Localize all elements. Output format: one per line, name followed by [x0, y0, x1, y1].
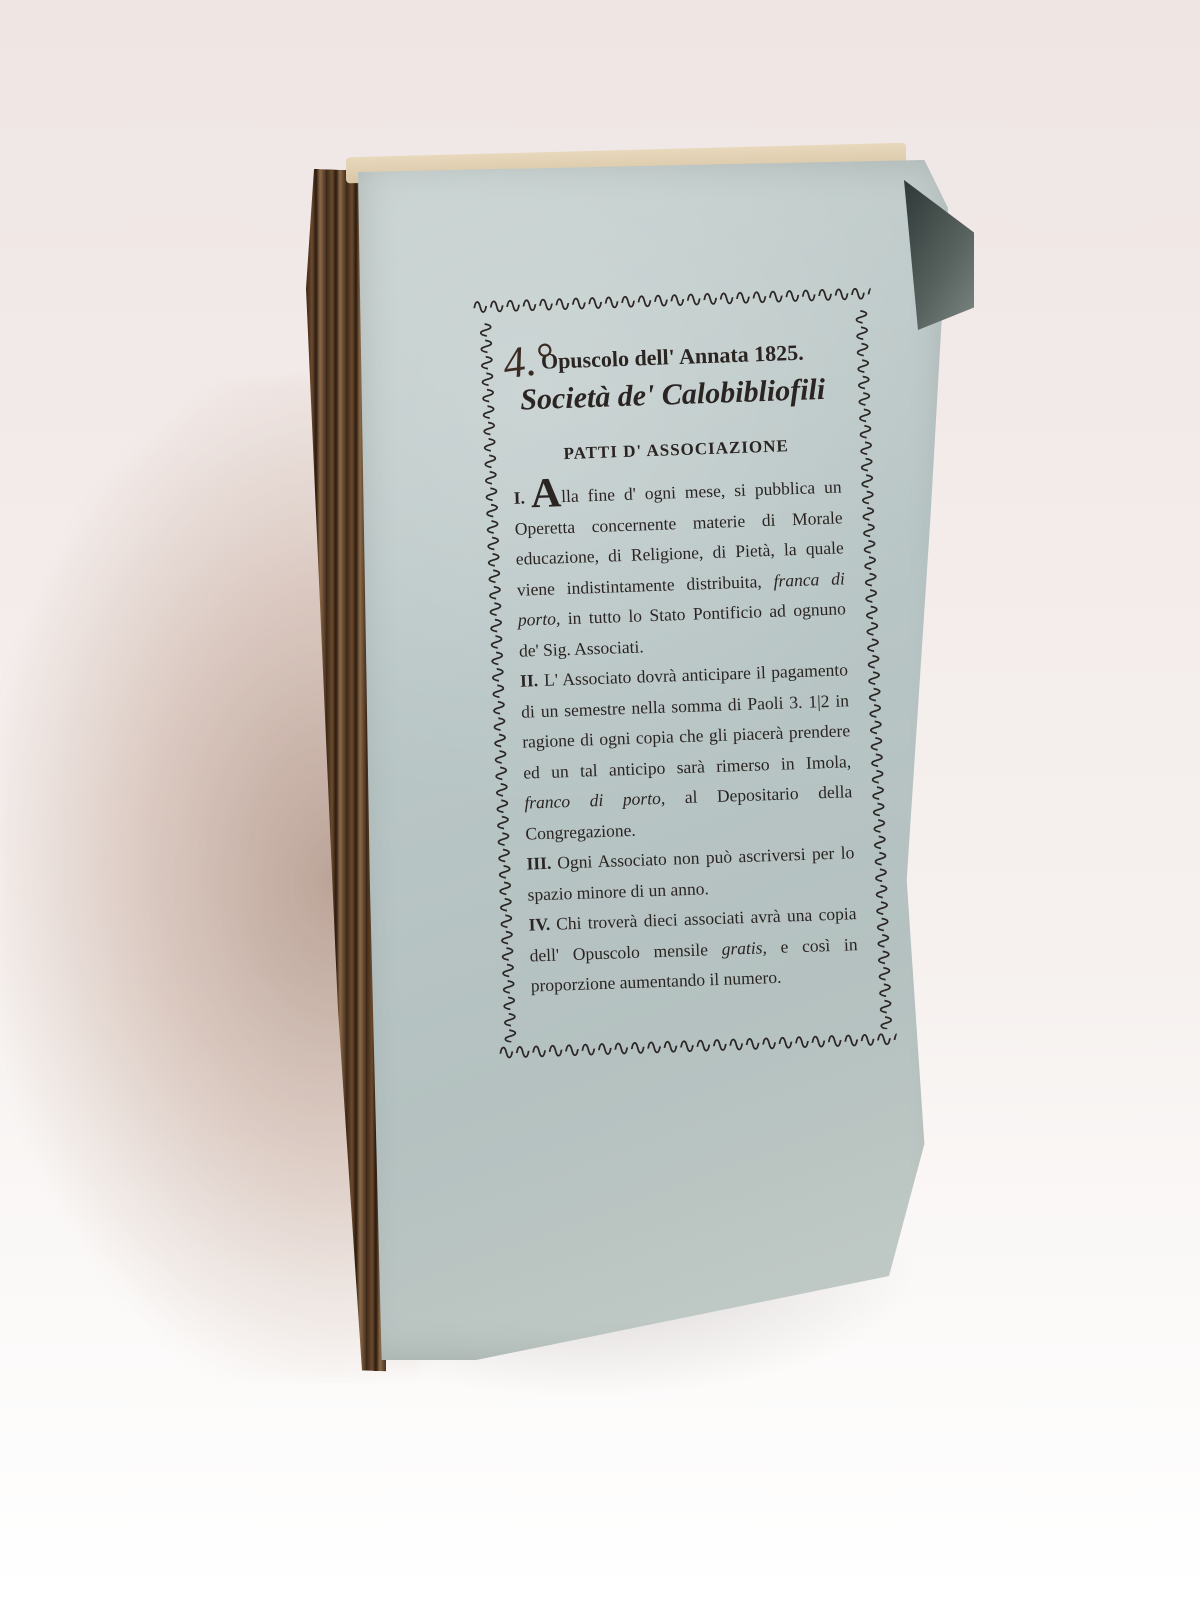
society-title: Società de' Calobibliofili	[520, 372, 839, 417]
border-ornament-bottom: ∿∿∿∿∿∿∿∿∿∿∿∿∿∿∿∿∿∿∿∿∿∿∿∿∿∿∿∿∿∿∿∿∿∿	[497, 1029, 898, 1067]
clause-1: I.Alla fine d' ogni mese, si pubblica un…	[513, 468, 847, 665]
drop-cap: A	[530, 470, 562, 517]
section-heading: PATTI D' ASSOCIAZIONE	[512, 434, 840, 465]
book-cover: ∿∿∿∿∿∿∿∿∿∿∿∿∿∿∿∿∿∿∿∿∿∿∿∿∿∿∿∿∿∿∿∿∿∿ ∿∿∿∿∿…	[358, 160, 948, 1360]
cover-text: 4.° Opuscolo dell' Annata 1825. Società …	[508, 324, 860, 1025]
border-ornament-top: ∿∿∿∿∿∿∿∿∿∿∿∿∿∿∿∿∿∿∿∿∿∿∿∿∿∿∿∿∿∿∿∿∿∿	[471, 283, 872, 321]
header-line: Opuscolo dell' Annata 1825.	[541, 338, 838, 374]
clause-text: L' Associato dovrà anticipare il pagamen…	[521, 659, 852, 782]
clause-4: IV.Chi troverà dieci associati avrà una …	[528, 898, 859, 1001]
clause-2: II.L' Associato dovrà anticipare il paga…	[520, 654, 854, 848]
clause-numeral: III.	[526, 853, 551, 874]
handwritten-number: 4.°	[500, 332, 557, 390]
clause-italic: gratis,	[721, 937, 767, 959]
clause-text: Ogni Associato non può ascriversi per lo…	[527, 842, 854, 904]
clause-numeral: II.	[520, 670, 539, 691]
clause-numeral: I.	[513, 487, 525, 507]
antique-book: ∿∿∿∿∿∿∿∿∿∿∿∿∿∿∿∿∿∿∿∿∿∿∿∿∿∿∿∿∿∿∿∿∿∿ ∿∿∿∿∿…	[306, 150, 976, 1390]
clause-numeral: IV.	[528, 914, 550, 935]
clause-text: in tutto lo Stato Pontificio ad ognuno d…	[519, 598, 846, 660]
clause-3: III.Ogni Associato non può ascriversi pe…	[526, 837, 856, 909]
ornamental-frame: ∿∿∿∿∿∿∿∿∿∿∿∿∿∿∿∿∿∿∿∿∿∿∿∿∿∿∿∿∿∿∿∿∿∿ ∿∿∿∿∿…	[471, 283, 898, 1066]
clause-italic: franco di porto,	[524, 788, 665, 813]
